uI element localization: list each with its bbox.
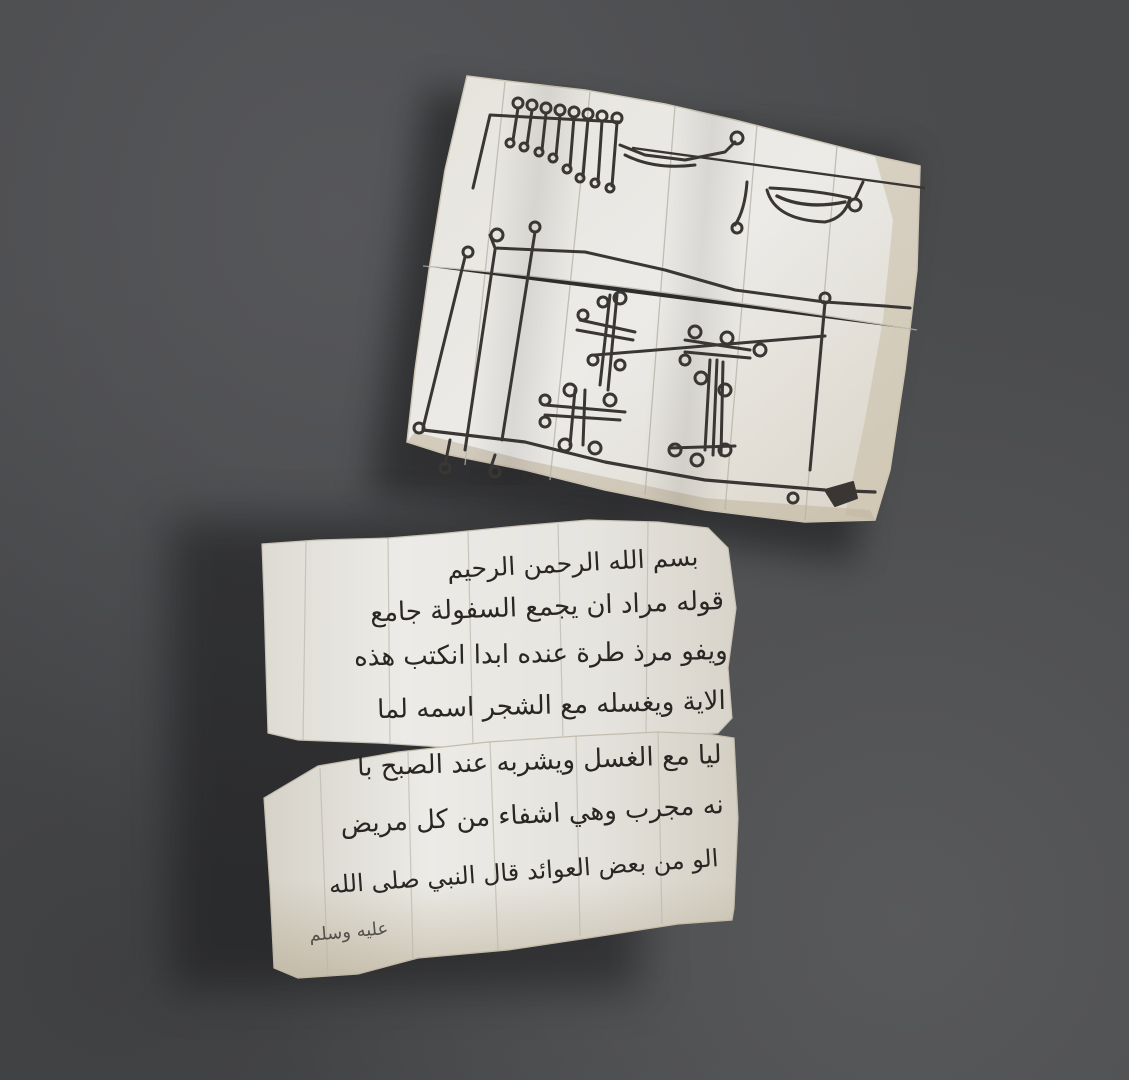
text-line-6: نه مجرب وهي اشفاء من كل مريض <box>340 790 725 840</box>
arabic-text-block: بسم الله الرحمن الرحيم قوله مراد ان يجمع… <box>258 518 748 988</box>
text-line-4: الاية ويغسله مع الشجر اسمه لما <box>377 686 726 725</box>
talisman-fragment <box>405 70 925 530</box>
text-line-2: قوله مراد ان يجمع السفولة جامع <box>370 586 725 628</box>
text-line-3: ويفو مرذ طرة عنده ابدا انكتب هذه <box>354 636 728 673</box>
photograph: بسم الله الرحمن الرحيم قوله مراد ان يجمع… <box>0 0 1129 1080</box>
text-line-8: عليه وسلم <box>308 918 389 946</box>
text-line-7: الو من بعض العوائد قال النبي صلى الله <box>328 844 719 899</box>
text-line-5: ليا مع الغسل ويشربه عند الصبح با <box>357 740 722 783</box>
text-line-1: بسم الله الرحمن الرحيم <box>446 542 698 584</box>
